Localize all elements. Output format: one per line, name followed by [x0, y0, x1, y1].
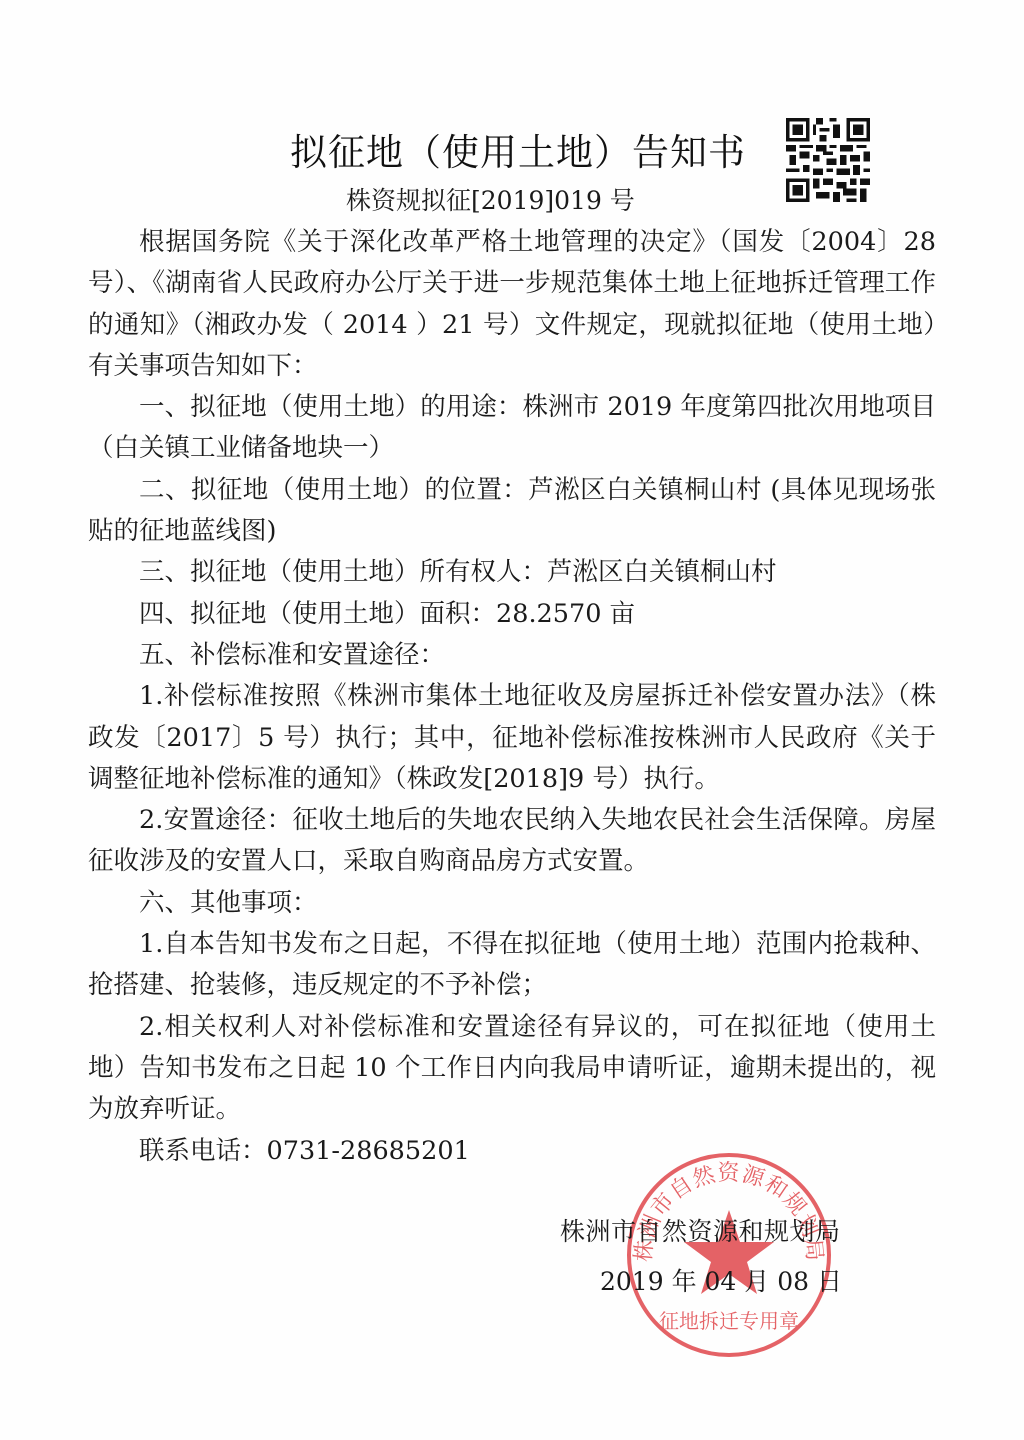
- intro-paragraph: 根据国务院《关于深化改革严格土地管理的决定》（国发〔2004〕28 号）、《湖南…: [88, 222, 936, 387]
- item-purpose: 一、拟征地（使用土地）的用途：株洲市 2019 年度第四批次用地项目（白关镇工业…: [88, 387, 936, 470]
- item-owner: 三、拟征地（使用土地）所有权人：芦淞区白关镇桐山村: [88, 552, 936, 593]
- compensation-standard: 1.补偿标准按照《株洲市集体土地征收及房屋拆迁补偿安置办法》（株政发〔2017〕…: [88, 676, 936, 800]
- resettlement-approach: 2.安置途径：征收土地后的失地农民纳入失地农民社会生活保障。房屋征收涉及的安置人…: [88, 800, 936, 883]
- item-location: 二、拟征地（使用土地）的位置：芦淞区白关镇桐山村 (具体见现场张贴的征地蓝线图): [88, 470, 936, 553]
- item-other-heading: 六、其他事项：: [88, 883, 936, 924]
- issuer-signature: 株洲市自然资源和规划局: [560, 1212, 841, 1248]
- other-item-2: 2.相关权利人对补偿标准和安置途径有异议的，可在拟征地（使用土地）告知书发布之日…: [88, 1007, 936, 1131]
- document-page: 拟征地（使用土地）告知书: [0, 0, 1024, 1440]
- svg-text:征地拆迁专用章: 征地拆迁专用章: [659, 1309, 799, 1333]
- document-number: 株资规拟征[2019]019 号: [346, 181, 635, 217]
- item-area: 四、拟征地（使用土地）面积：28.2570 亩: [88, 594, 936, 635]
- official-seal-icon: 株洲市自然资源和规划局 征地拆迁专用章: [622, 1148, 836, 1362]
- other-item-1: 1.自本告知书发布之日起，不得在拟征地（使用土地）范围内抢栽种、抢搭建、抢装修，…: [88, 924, 936, 1007]
- issue-date: 2019 年 04 月 08 日: [600, 1262, 842, 1298]
- qr-code-icon: [786, 118, 870, 202]
- item-compensation-heading: 五、补偿标准和安置途径：: [88, 635, 936, 676]
- document-title: 拟征地（使用土地）告知书: [290, 122, 746, 176]
- document-body: 根据国务院《关于深化改革严格土地管理的决定》（国发〔2004〕28 号）、《湖南…: [88, 222, 936, 1172]
